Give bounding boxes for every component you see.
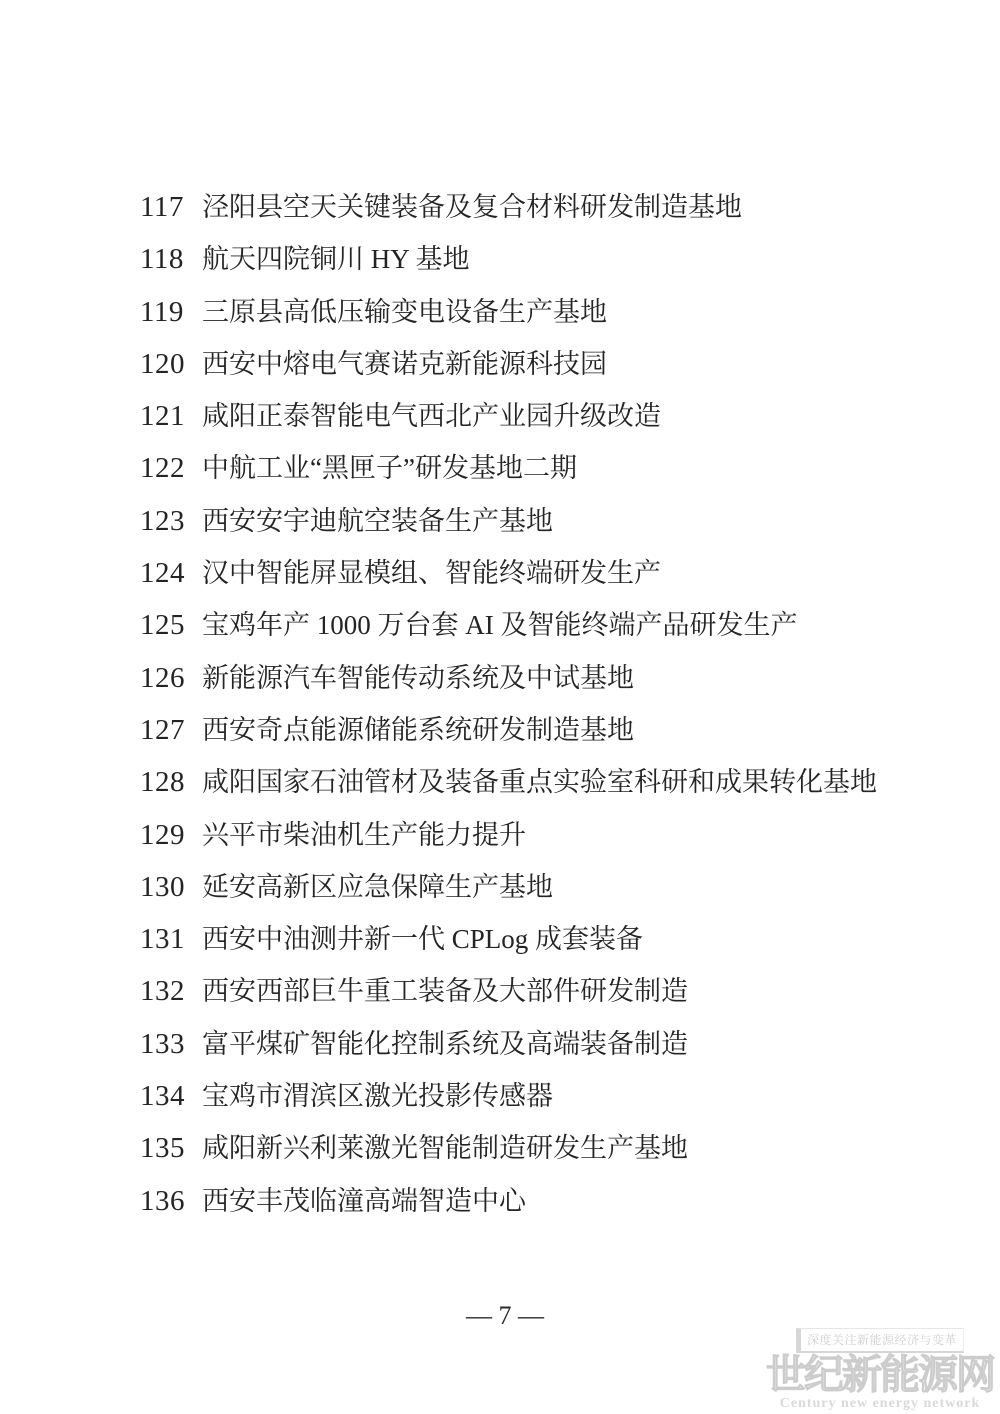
- list-item: 121咸阳正泰智能电气西北产业园升级改造: [140, 390, 960, 442]
- item-number: 123: [140, 495, 202, 547]
- watermark-logo: 深度关注新能源经济与变革 世纪新能源网 Century new energy n…: [766, 1328, 994, 1412]
- list-item: 127西安奇点能源储能系统研发制造基地: [140, 704, 960, 756]
- project-list: 117泾阳县空天关键装备及复合材料研发制造基地 118航天四院铜川 HY 基地 …: [140, 181, 960, 1227]
- watermark-tagline: 深度关注新能源经济与变革: [796, 1328, 964, 1353]
- item-number: 132: [140, 965, 202, 1017]
- item-text: 延安高新区应急保障生产基地: [202, 872, 553, 902]
- item-text: 西安西部巨牛重工装备及大部件研发制造: [202, 976, 688, 1006]
- list-item: 131西安中油测井新一代 CPLog 成套装备: [140, 913, 960, 965]
- item-text: 西安奇点能源储能系统研发制造基地: [202, 715, 634, 745]
- list-item: 117泾阳县空天关键装备及复合材料研发制造基地: [140, 181, 960, 233]
- item-number: 120: [140, 338, 202, 390]
- item-number: 124: [140, 547, 202, 599]
- item-number: 135: [140, 1122, 202, 1174]
- item-text: 泾阳县空天关键装备及复合材料研发制造基地: [202, 192, 742, 222]
- item-text: 中航工业“黑匣子”研发基地二期: [202, 453, 577, 483]
- item-text: 咸阳新兴利莱激光智能制造研发生产基地: [202, 1133, 688, 1163]
- list-item: 118航天四院铜川 HY 基地: [140, 233, 960, 285]
- item-number: 134: [140, 1070, 202, 1122]
- item-number: 127: [140, 704, 202, 756]
- list-item: 134宝鸡市渭滨区激光投影传感器: [140, 1070, 960, 1122]
- item-number: 129: [140, 809, 202, 861]
- list-item: 129兴平市柴油机生产能力提升: [140, 809, 960, 861]
- item-text: 新能源汽车智能传动系统及中试基地: [202, 663, 634, 693]
- item-text: 宝鸡市渭滨区激光投影传感器: [202, 1081, 553, 1111]
- list-item: 130延安高新区应急保障生产基地: [140, 861, 960, 913]
- list-item: 136西安丰茂临潼高端智造中心: [140, 1175, 960, 1227]
- item-number: 130: [140, 861, 202, 913]
- list-item: 133富平煤矿智能化控制系统及高端装备制造: [140, 1018, 960, 1070]
- item-number: 119: [140, 286, 202, 338]
- document-page: 117泾阳县空天关键装备及复合材料研发制造基地 118航天四院铜川 HY 基地 …: [0, 0, 1000, 1414]
- item-number: 131: [140, 913, 202, 965]
- item-number: 118: [140, 233, 202, 285]
- list-item: 126新能源汽车智能传动系统及中试基地: [140, 652, 960, 704]
- item-number: 136: [140, 1175, 202, 1227]
- item-text: 富平煤矿智能化控制系统及高端装备制造: [202, 1029, 688, 1059]
- list-item: 122中航工业“黑匣子”研发基地二期: [140, 442, 960, 494]
- item-number: 128: [140, 756, 202, 808]
- list-item: 135咸阳新兴利莱激光智能制造研发生产基地: [140, 1122, 960, 1174]
- item-number: 117: [140, 181, 202, 233]
- list-item: 124汉中智能屏显模组、智能终端研发生产: [140, 547, 960, 599]
- list-item: 128咸阳国家石油管材及装备重点实验室科研和成果转化基地: [140, 756, 960, 808]
- page-number: — 7 —: [466, 1301, 544, 1331]
- item-number: 125: [140, 599, 202, 651]
- item-number: 122: [140, 442, 202, 494]
- item-text: 咸阳正泰智能电气西北产业园升级改造: [202, 401, 661, 431]
- list-item: 123西安安宇迪航空装备生产基地: [140, 495, 960, 547]
- item-text: 兴平市柴油机生产能力提升: [202, 820, 526, 850]
- item-number: 121: [140, 390, 202, 442]
- item-text: 西安中油测井新一代 CPLog 成套装备: [202, 924, 643, 954]
- item-number: 133: [140, 1018, 202, 1070]
- item-text: 航天四院铜川 HY 基地: [202, 244, 470, 274]
- watermark-subtitle: Century new energy network: [766, 1396, 994, 1412]
- watermark-title: 世纪新能源网: [766, 1354, 994, 1396]
- item-text: 三原县高低压输变电设备生产基地: [202, 297, 607, 327]
- item-text: 西安中熔电气赛诺克新能源科技园: [202, 349, 607, 379]
- item-text: 西安丰茂临潼高端智造中心: [202, 1186, 526, 1216]
- list-item: 119三原县高低压输变电设备生产基地: [140, 286, 960, 338]
- list-item: 132西安西部巨牛重工装备及大部件研发制造: [140, 965, 960, 1017]
- item-number: 126: [140, 652, 202, 704]
- list-item: 120西安中熔电气赛诺克新能源科技园: [140, 338, 960, 390]
- item-text: 咸阳国家石油管材及装备重点实验室科研和成果转化基地: [202, 767, 877, 797]
- item-text: 宝鸡年产 1000 万台套 AI 及智能终端产品研发生产: [202, 610, 798, 640]
- item-text: 西安安宇迪航空装备生产基地: [202, 506, 553, 536]
- list-item: 125宝鸡年产 1000 万台套 AI 及智能终端产品研发生产: [140, 599, 960, 651]
- item-text: 汉中智能屏显模组、智能终端研发生产: [202, 558, 661, 588]
